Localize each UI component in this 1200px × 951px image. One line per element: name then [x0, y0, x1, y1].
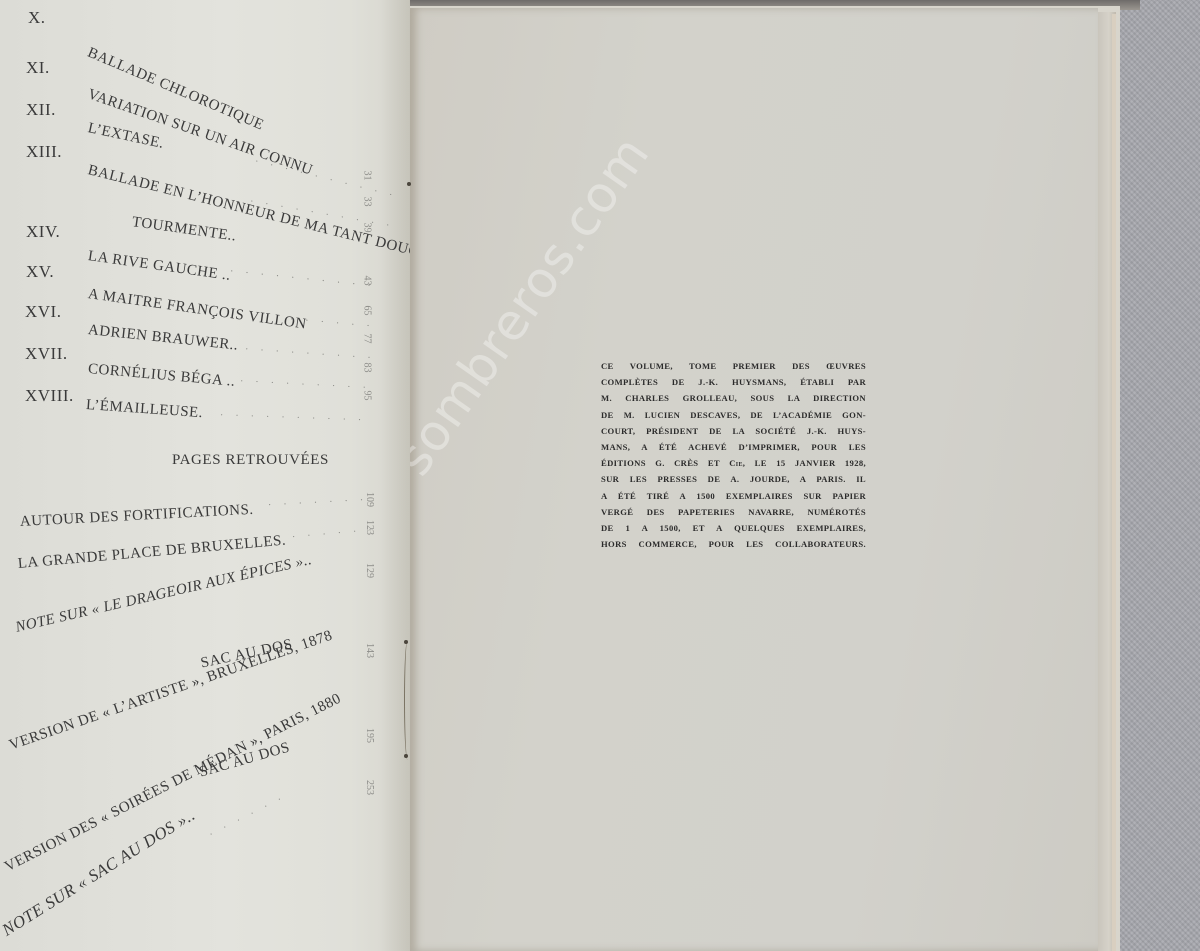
toc-title: LA RIVE GAUCHE .. — [87, 248, 232, 285]
toc-page-number: 143 — [364, 643, 375, 658]
toc-page-number: 195 — [364, 728, 375, 743]
toc-page-number: 109 — [364, 492, 375, 507]
toc-page-number: 123 — [364, 520, 375, 535]
toc-title: AUTOUR DES FORTIFICATIONS. — [20, 502, 255, 531]
colophon-line: COURT, PRÉSIDENT DE LA SOCIÉTÉ J.-K. HUY… — [601, 423, 866, 439]
binding-thread — [404, 640, 411, 760]
binding-knot — [404, 754, 408, 758]
binding-knot — [407, 182, 411, 186]
toc-page-number: 65 — [362, 306, 373, 316]
toc-page-number: 31 — [362, 171, 373, 181]
colophon-line: COMPLÈTES DE J.-K. HUYSMANS, ÉTABLI PAR — [601, 374, 866, 390]
colophon-line: MANS, A ÉTÉ ACHEVÉ D’IMPRIMER, POUR LES — [601, 439, 866, 455]
toc-title-continuation: TOURMENTE.. — [131, 214, 238, 245]
colophon-line: HORS COMMERCE, POUR LES COLLABORATEURS. — [601, 536, 866, 552]
leader-dots: ······· — [268, 494, 376, 511]
left-page: X. XI. XII. XIII. XIV. XV. XVI. XVII. XV… — [0, 0, 410, 951]
toc-page-number: 83 — [362, 363, 373, 373]
toc-title: VERSION DES « SOIRÉES DE MÉDAN », PARIS,… — [2, 691, 344, 877]
toc-numeral: XI. — [26, 58, 50, 78]
toc-page-number: 43 — [362, 276, 373, 286]
colophon-line: M. CHARLES GROLLEAU, SOUS LA DIRECTION — [601, 390, 866, 406]
toc-title: ADRIEN BRAUWER.. — [87, 322, 239, 355]
colophon-line: ÉDITIONS G. CRÈS ET Cie, LE 15 JANVIER 1… — [601, 455, 866, 471]
binding-knot — [404, 640, 408, 644]
toc-numeral: XV. — [26, 262, 54, 282]
toc-numeral: XVIII. — [25, 386, 74, 406]
toc-title: L’ÉMAILLEUSE. — [85, 397, 203, 422]
toc-page-number: 39 — [362, 223, 373, 233]
toc-numeral: XVI. — [25, 302, 61, 322]
colophon-line: CE VOLUME, TOME PREMIER DES ŒUVRES — [601, 358, 866, 374]
toc-numeral: XII. — [26, 100, 56, 120]
leader-dots: ········· — [240, 376, 378, 394]
colophon-line: DE M. LUCIEN DESCAVES, DE L’ACADÉMIE GON… — [601, 407, 866, 423]
leader-dots: ······ — [208, 789, 295, 841]
toc-page-number: 33 — [362, 197, 373, 207]
toc-page-number: 129 — [364, 563, 375, 578]
leader-dots: ·········· — [220, 410, 374, 426]
leader-dots: ·········· — [229, 266, 383, 293]
colophon-line: A ÉTÉ TIRÉ A 1500 EXEMPLAIRES SUR PAPIER — [601, 488, 866, 504]
toc-numeral: XIV. — [26, 222, 60, 242]
toc-page-number: 253 — [364, 780, 375, 795]
toc-numeral: XVII. — [25, 344, 68, 364]
gutter-shadow — [380, 0, 410, 951]
toc-page-number: 77 — [362, 334, 373, 344]
toc-page-number: 95 — [362, 391, 373, 401]
colophon-line: SUR LES PRESSES DE A. JOURDE, A PARIS. I… — [601, 471, 866, 487]
toc-title: CORNÉLIUS BÉGA .. — [87, 361, 236, 391]
toc-numeral: XIII. — [26, 142, 62, 162]
section-heading-pages-retrouvees: PAGES RETROUVÉES — [172, 452, 329, 469]
page-edge-highlight — [1112, 14, 1116, 951]
toc-numeral: X. — [28, 8, 46, 28]
colophon: CE VOLUME, TOME PREMIER DES ŒUVRES COMPL… — [601, 358, 866, 552]
colophon-line: VERGÉ DES PAPETERIES NAVARRE, NUMÉROTÉS — [601, 504, 866, 520]
colophon-line: DE 1 A 1500, ET A QUELQUES EXEMPLAIRES, — [601, 520, 866, 536]
